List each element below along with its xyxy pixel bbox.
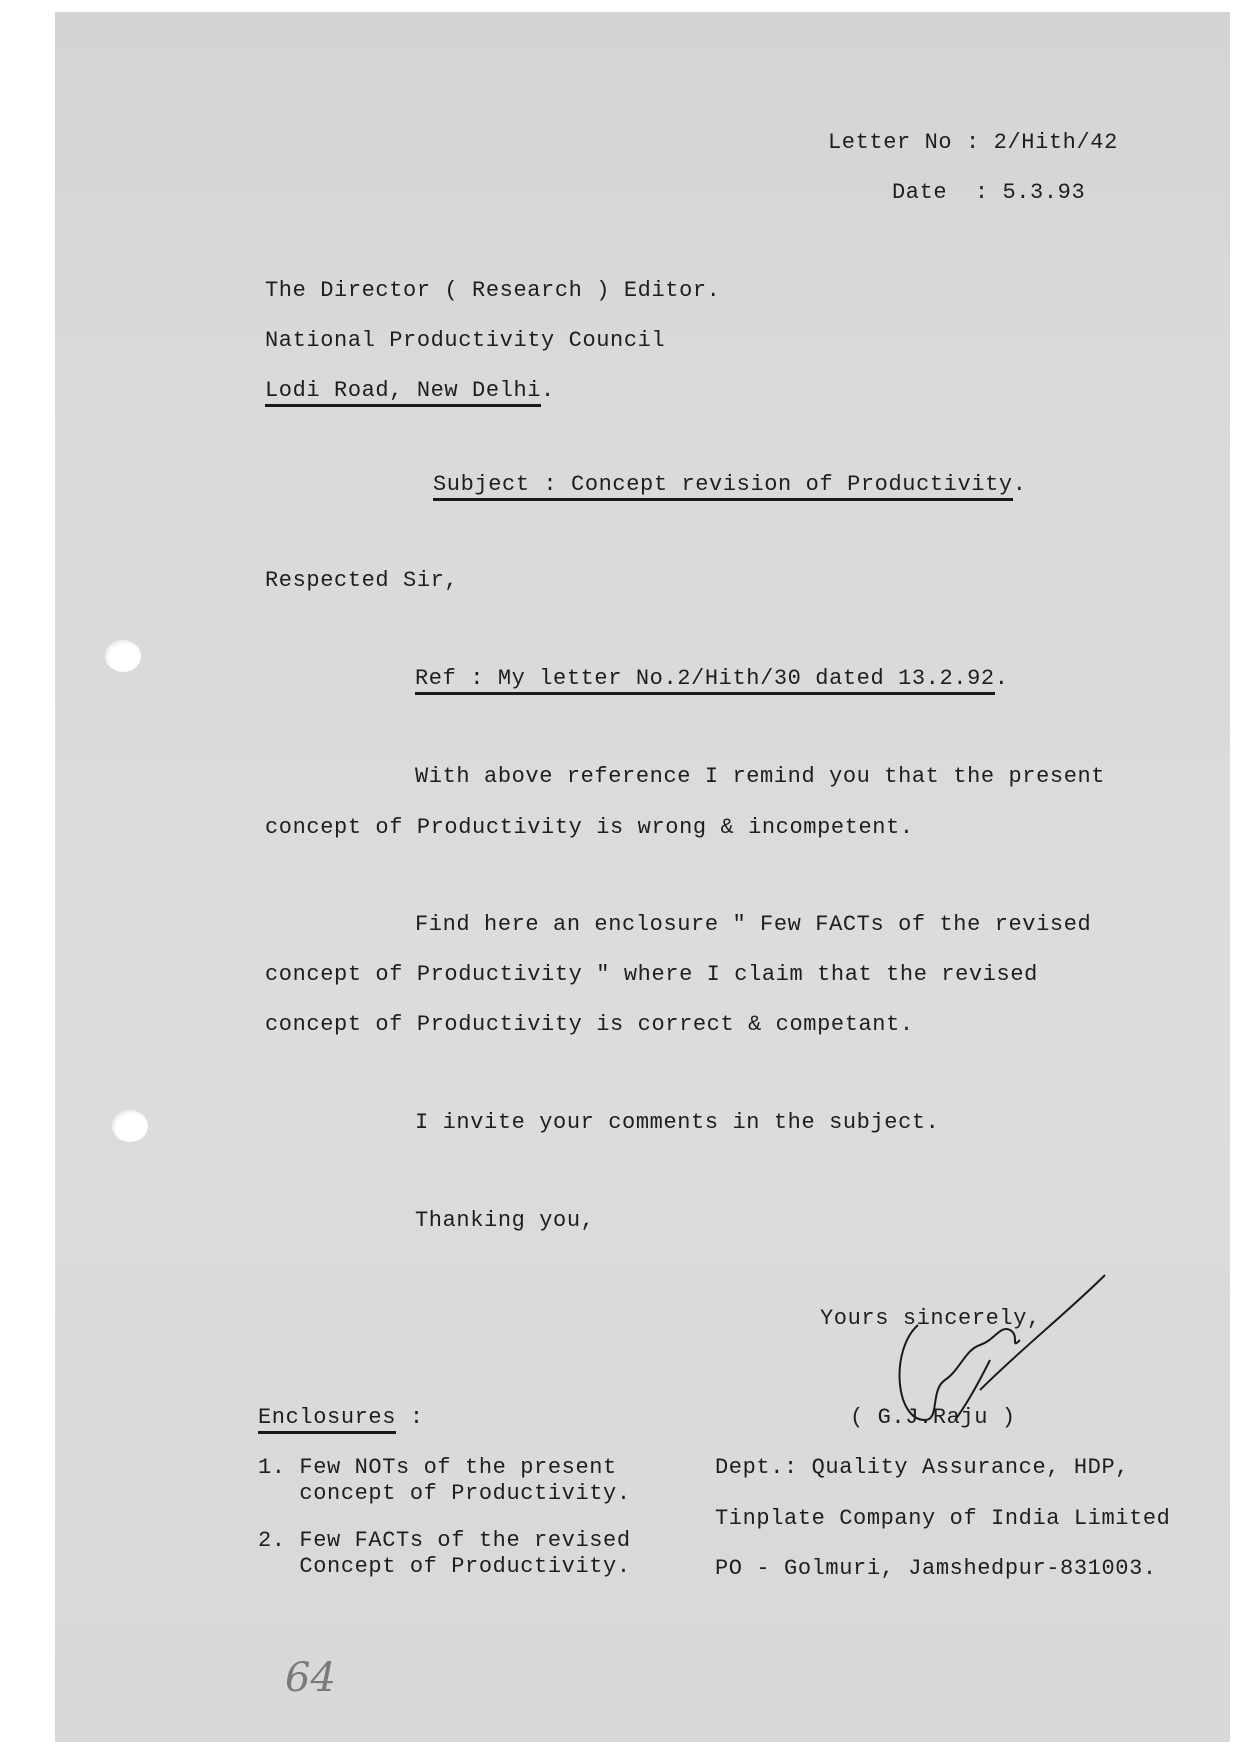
recipient-line-1: The Director ( Research ) Editor. <box>265 278 720 303</box>
recipient-line-2: National Productivity Council <box>265 328 665 353</box>
reference-line: Ref : My letter No.2/Hith/30 dated 13.2.… <box>415 666 1009 691</box>
signatory-department: Dept.: Quality Assurance, HDP, <box>715 1455 1129 1480</box>
punch-hole <box>105 640 141 672</box>
body-paragraph-2-line-2: concept of Productivity " where I claim … <box>265 962 1038 987</box>
enclosure-item-1: 1. Few NOTs of the present concept of Pr… <box>258 1455 631 1507</box>
punch-hole <box>112 1110 148 1142</box>
enclosures-heading: Enclosures : <box>258 1405 424 1430</box>
body-paragraph-1-line-2: concept of Productivity is wrong & incom… <box>265 815 914 840</box>
recipient-line-3: Lodi Road, New Delhi. <box>265 378 555 403</box>
subject-line: Subject : Concept revision of Productivi… <box>433 472 1027 497</box>
enclosure-item-2: 2. Few FACTs of the revised Concept of P… <box>258 1528 631 1580</box>
letter-page <box>55 12 1230 1742</box>
signatory-company: Tinplate Company of India Limited <box>715 1506 1170 1531</box>
letter-number: Letter No : 2/Hith/42 <box>828 130 1118 155</box>
handwritten-page-number: 64 <box>285 1655 336 1701</box>
signatory-name: ( G.J.Raju ) <box>850 1405 1016 1430</box>
salutation: Respected Sir, <box>265 568 458 593</box>
letter-date: Date : 5.3.93 <box>892 180 1085 205</box>
body-paragraph-2-line-1: Find here an enclosure " Few FACTs of th… <box>415 912 1091 937</box>
closing-line: Thanking you, <box>415 1208 594 1233</box>
body-paragraph-3: I invite your comments in the subject. <box>415 1110 939 1135</box>
signatory-address: PO - Golmuri, Jamshedpur-831003. <box>715 1556 1157 1581</box>
body-paragraph-1-line-1: With above reference I remind you that t… <box>415 764 1105 789</box>
body-paragraph-2-line-3: concept of Productivity is correct & com… <box>265 1012 914 1037</box>
